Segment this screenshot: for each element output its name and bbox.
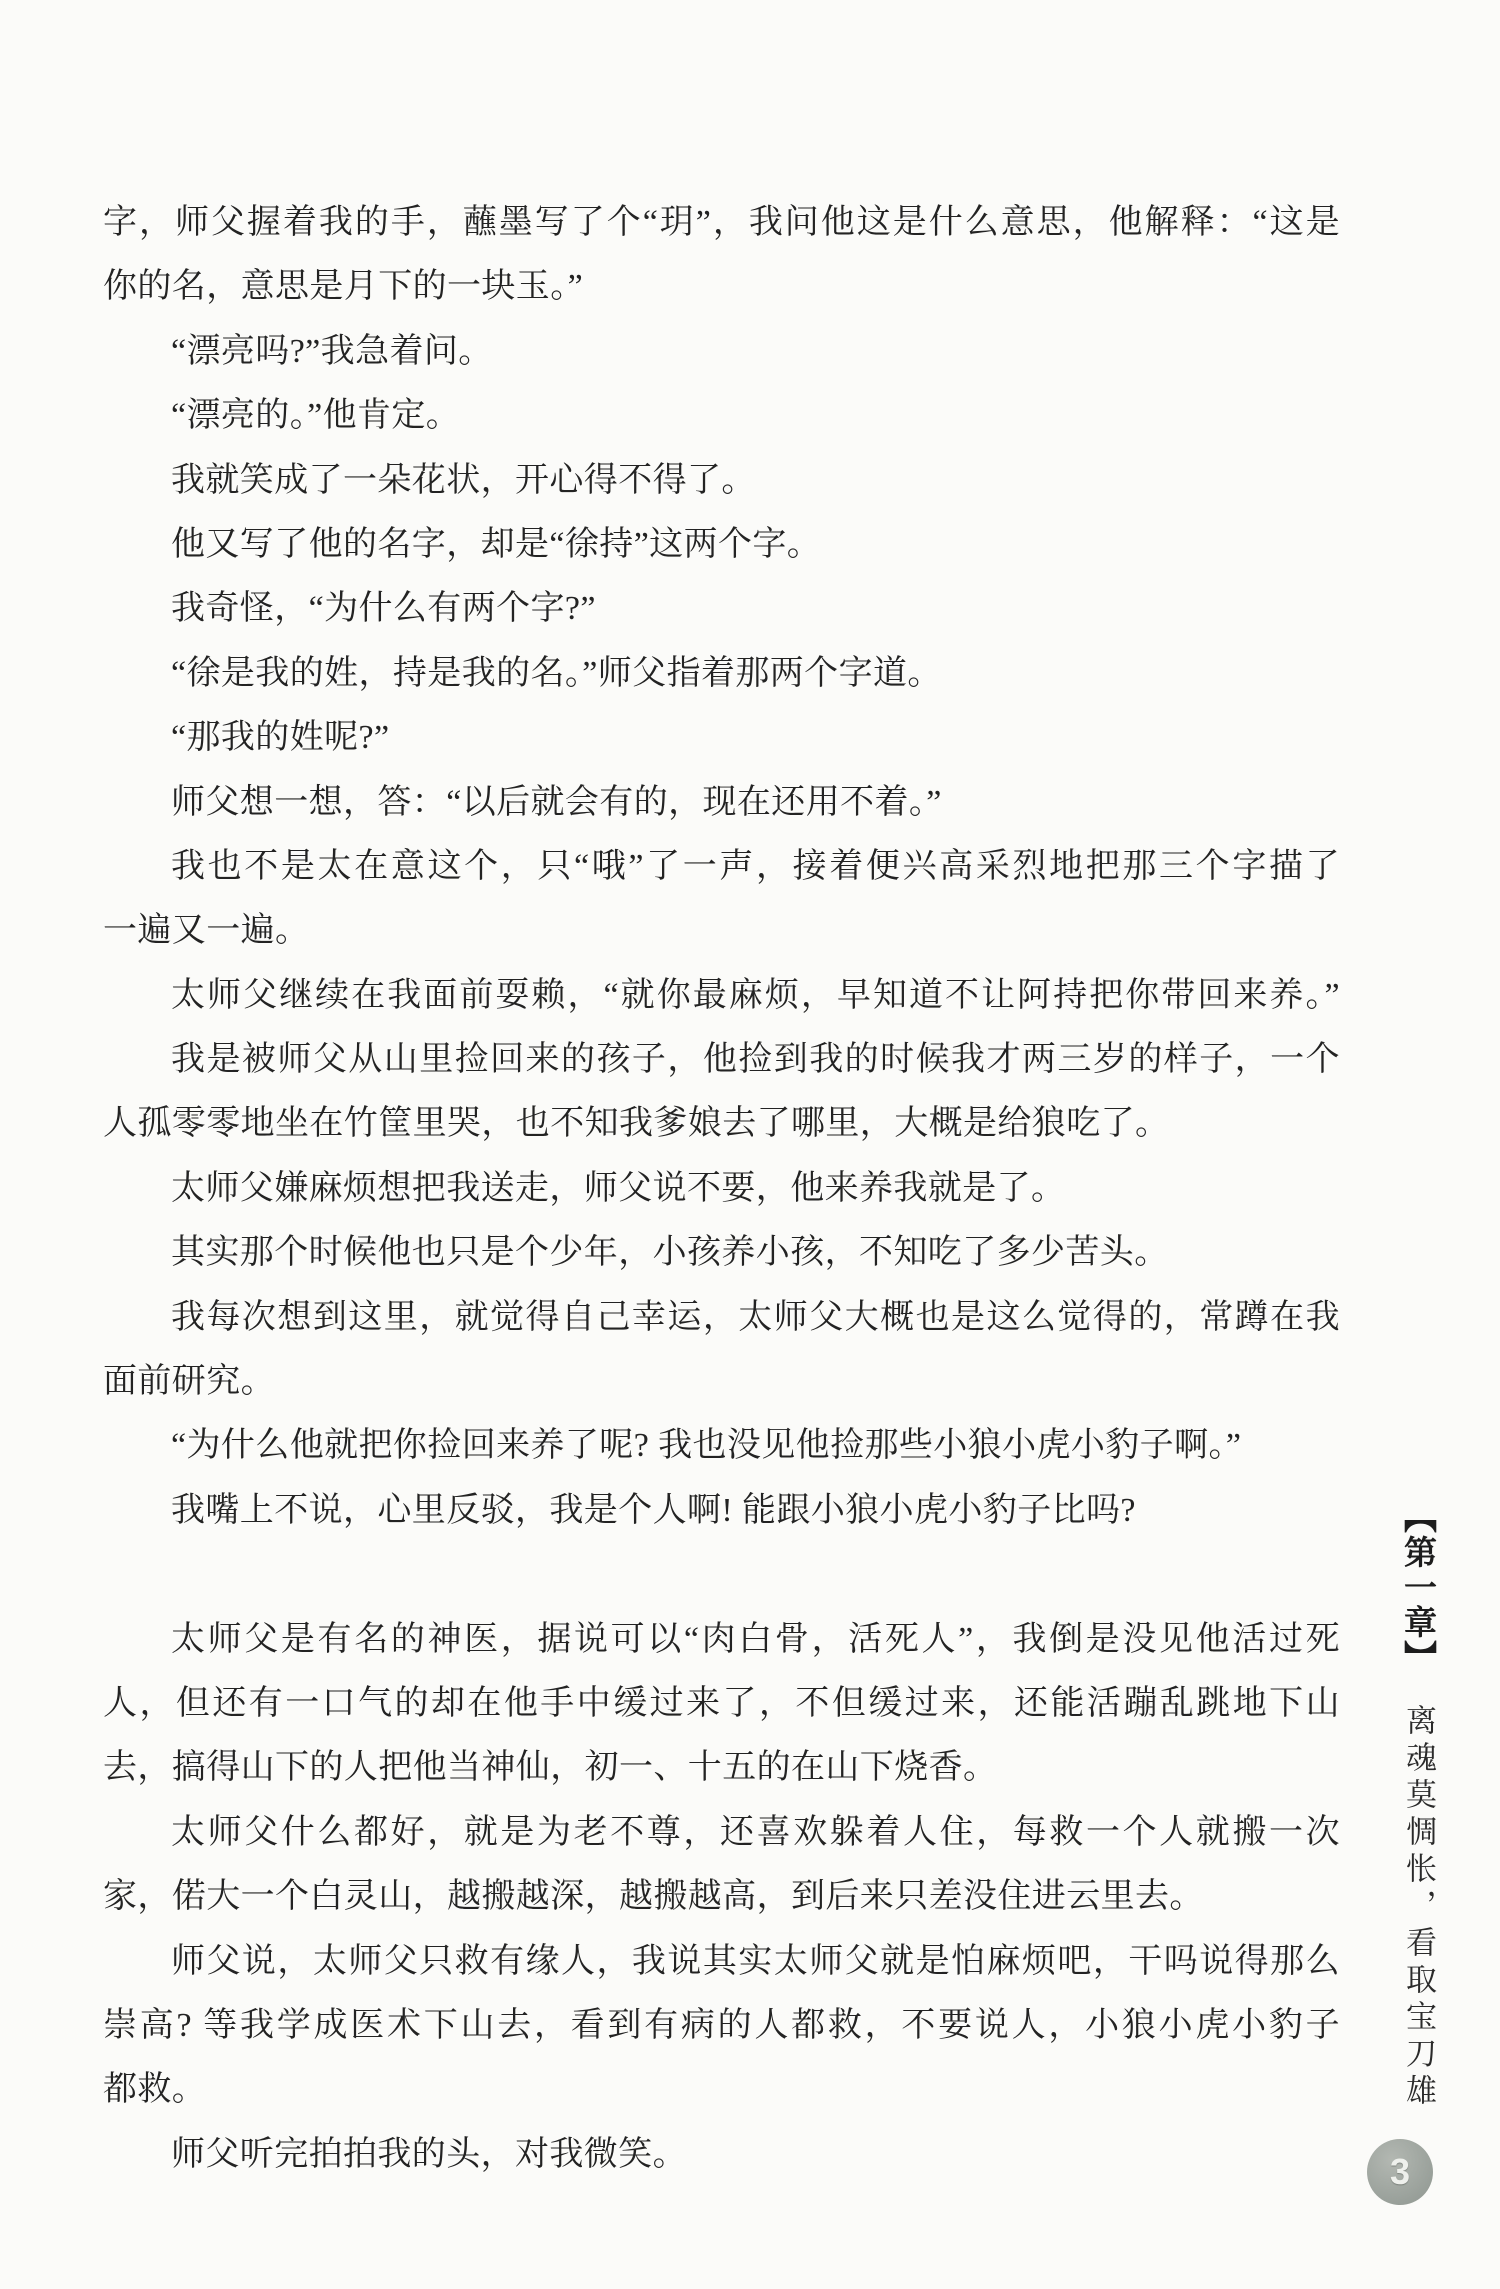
- text-line: 太师父是有名的神医，据说可以“肉白骨，活死人”，我倒是没见他活过死: [103, 1608, 1340, 1672]
- text-line: “徐是我的姓，持是我的名。”师父指着那两个字道。: [103, 642, 1340, 706]
- text-line: 面前研究。: [103, 1350, 1340, 1414]
- text-line: 我嘴上不说，心里反驳，我是个人啊! 能跟小狼小虎小豹子比吗?: [103, 1479, 1340, 1543]
- text-line: “漂亮的。”他肯定。: [103, 384, 1340, 448]
- text-line: 我每次想到这里，就觉得自己幸运，太师父大概也是这么觉得的，常蹲在我: [103, 1286, 1340, 1350]
- chapter-title: 离魂莫惆怅，看取宝刀雄: [1396, 1704, 1441, 2111]
- text-line: 其实那个时候他也只是个少年，小孩养小孩，不知吃了多少苦头。: [103, 1221, 1340, 1285]
- text-line: 我是被师父从山里捡回来的孩子，他捡到我的时候我才两三岁的样子，一个: [103, 1028, 1340, 1092]
- text-line: “漂亮吗?”我急着问。: [103, 320, 1340, 384]
- blank-line: [103, 1543, 1340, 1607]
- text-line: 一遍又一遍。: [103, 899, 1340, 963]
- text-line: 太师父嫌麻烦想把我送走，师父说不要，他来养我就是了。: [103, 1157, 1340, 1221]
- text-line: 去，搞得山下的人把他当神仙，初一、十五的在山下烧香。: [103, 1736, 1340, 1800]
- text-line: 你的名，意思是月下的一块玉。”: [103, 255, 1340, 319]
- page-number-badge: 3: [1367, 2139, 1433, 2205]
- text-line: 家，偌大一个白灵山，越搬越深，越搬越高，到后来只差没住进云里去。: [103, 1865, 1340, 1929]
- page-number: 3: [1390, 2151, 1410, 2193]
- text-line: 我就笑成了一朵花状，开心得不得了。: [103, 449, 1340, 513]
- text-line: 字，师父握着我的手，蘸墨写了个“玥”，我问他这是什么意思，他解释：“这是: [103, 191, 1340, 255]
- text-line: “那我的姓呢?”: [103, 706, 1340, 770]
- page-text: 字，师父握着我的手，蘸墨写了个“玥”，我问他这是什么意思，他解释：“这是你的名，…: [103, 191, 1340, 2187]
- text-line: 师父说，太师父只救有缘人，我说其实太师父就是怕麻烦吧，干吗说得那么: [103, 1930, 1340, 1994]
- text-line: 我奇怪，“为什么有两个字?”: [103, 577, 1340, 641]
- text-line: 师父听完拍拍我的头，对我微笑。: [103, 2123, 1340, 2187]
- text-line: 人孤零零地坐在竹筐里哭，也不知我爹娘去了哪里，大概是给狼吃了。: [103, 1092, 1340, 1156]
- text-line: 崇高? 等我学成医术下山去，看到有病的人都救，不要说人，小狼小虎小豹子: [103, 1994, 1340, 2058]
- text-line: “为什么他就把你捡回来养了呢? 我也没见他捡那些小狼小虎小豹子啊。”: [103, 1414, 1340, 1478]
- text-line: 太师父继续在我面前耍赖，“就你最麻烦，早知道不让阿持把你带回来养。”: [103, 964, 1340, 1028]
- text-line: 他又写了他的名字，却是“徐持”这两个字。: [103, 513, 1340, 577]
- text-line: 师父想一想，答：“以后就会有的，现在还用不着。”: [103, 771, 1340, 835]
- chapter-marker: 【第一章】: [1394, 1500, 1441, 1675]
- text-line: 我也不是太在意这个，只“哦”了一声，接着便兴高采烈地把那三个字描了: [103, 835, 1340, 899]
- text-line: 太师父什么都好，就是为老不尊，还喜欢躲着人住，每救一个人就搬一次: [103, 1801, 1340, 1865]
- text-line: 都救。: [103, 2058, 1340, 2122]
- text-line: 人，但还有一口气的却在他手中缓过来了，不但缓过来，还能活蹦乱跳地下山: [103, 1672, 1340, 1736]
